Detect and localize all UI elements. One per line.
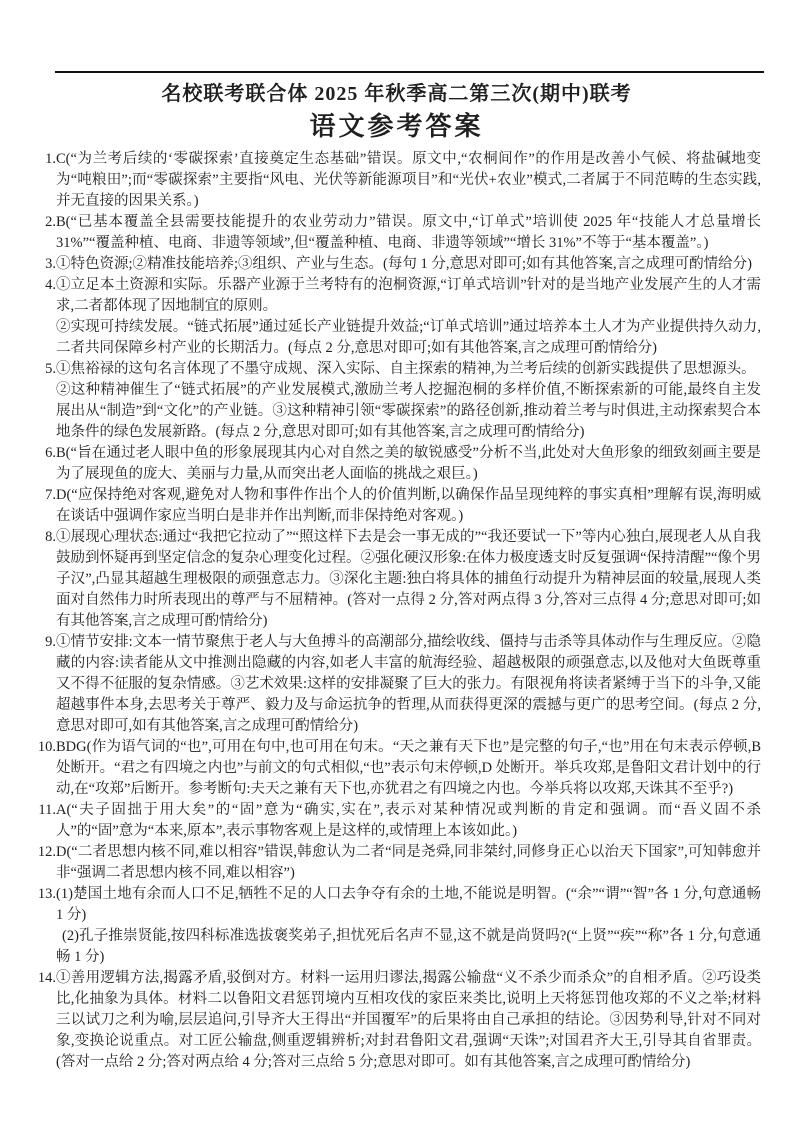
answer-paragraph: ①特色资源;②精准技能培养;③组织、产业与生态。(每句 1 分,意思对即可;如有… xyxy=(56,254,761,275)
answer-paragraph: ①情节安排:文本一情节聚焦于老人与大鱼搏斗的高潮部分,描绘收线、僵持与击杀等具体… xyxy=(56,632,761,737)
answer-text: ①展现心理状态:通过“我把它拉动了”“照这样下去是会一事无成的”“我还要试一下”… xyxy=(56,527,761,632)
answer-item: 6.B(“旨在通过老人眼中鱼的形象展现其内心对自然之美的敏锐感受”分析不当,此处… xyxy=(30,443,761,485)
answer-paragraph: ①展现心理状态:通过“我把它拉动了”“照这样下去是会一事无成的”“我还要试一下”… xyxy=(56,527,761,632)
answer-paragraph: ②实现可持续发展。“链式拓展”通过延长产业链提升效益;“订单式培训”通过培养本土… xyxy=(56,317,761,359)
answer-number: 13. xyxy=(30,884,56,905)
answer-item: 4.①立足本土资源和实际。乐器产业源于兰考特有的泡桐资源,“订单式培训”针对的是… xyxy=(30,275,761,359)
answer-paragraph: D(“应保持绝对客观,避免对人物和事件作出个人的价值判断,以确保作品呈现纯粹的事… xyxy=(56,485,761,527)
answer-number: 12. xyxy=(30,842,56,863)
answer-key-title: 语文参考答案 xyxy=(0,109,793,143)
answer-number: 4. xyxy=(30,275,56,296)
answer-text: BDG(作为语气词的“也”,可用在句中,也可用在句末。“天之兼有天下也”是完整的… xyxy=(56,737,761,800)
answer-item: 10.BDG(作为语气词的“也”,可用在句中,也可用在句末。“天之兼有天下也”是… xyxy=(30,737,761,800)
answer-text: B(“已基本覆盖全县需要技能提升的农业劳动力”错误。原文中,“订单式”培训使 2… xyxy=(56,212,761,254)
answer-number: 10. xyxy=(30,737,56,758)
answer-paragraph: BDG(作为语气词的“也”,可用在句中,也可用在句末。“天之兼有天下也”是完整的… xyxy=(56,737,761,800)
answer-text: ①焦裕禄的这句名言体现了不墨守成规、深入实际、自主探索的精神,为兰考后续的创新实… xyxy=(56,359,761,443)
answer-paragraph: ①善用逻辑方法,揭露矛盾,驳倒对方。材料一运用归谬法,揭露公输盘“义不杀少而杀众… xyxy=(56,968,761,1073)
answer-number: 9. xyxy=(30,632,56,653)
answer-text: ①特色资源;②精准技能培养;③组织、产业与生态。(每句 1 分,意思对即可;如有… xyxy=(56,254,761,275)
answer-paragraph: A(“夫子固拙于用大矣”的“固”意为“确实,实在”,表示对某种情况或判断的肯定和… xyxy=(56,800,761,842)
answer-text: ①立足本土资源和实际。乐器产业源于兰考特有的泡桐资源,“订单式培训”针对的是当地… xyxy=(56,275,761,359)
answer-item: 11.A(“夫子固拙于用大矣”的“固”意为“确实,实在”,表示对某种情况或判断的… xyxy=(30,800,761,842)
answer-item: 8.①展现心理状态:通过“我把它拉动了”“照这样下去是会一事无成的”“我还要试一… xyxy=(30,527,761,632)
answer-number: 1. xyxy=(30,149,56,170)
exam-title: 名校联考联合体 2025 年秋季高二第三次(期中)联考 xyxy=(0,80,793,108)
answer-text: C(“为兰考后续的‘零碳探索’直接奠定生态基础”错误。原文中,“农桐间作”的作用… xyxy=(56,149,761,212)
answer-number: 11. xyxy=(30,800,56,821)
answer-paragraph: (2)孔子推崇贤能,按四科标准选拔褒奖弟子,担忧死后名声不显,这不就是尚贤吗?(… xyxy=(56,926,761,968)
document-page: 名校联考联合体 2025 年秋季高二第三次(期中)联考 语文参考答案 1.C(“… xyxy=(0,0,793,1121)
answer-text: D(“二者思想内核不同,难以相容”错误,韩愈认为二者“同是尧舜,同非桀纣,同修身… xyxy=(56,842,761,884)
answer-text: ①情节安排:文本一情节聚焦于老人与大鱼搏斗的高潮部分,描绘收线、僵持与击杀等具体… xyxy=(56,632,761,737)
answer-item: 2.B(“已基本覆盖全县需要技能提升的农业劳动力”错误。原文中,“订单式”培训使… xyxy=(30,212,761,254)
answer-text: D(“应保持绝对客观,避免对人物和事件作出个人的价值判断,以确保作品呈现纯粹的事… xyxy=(56,485,761,527)
answer-paragraph: ②这种精神催生了“链式拓展”的产业发展模式,激励兰考人挖掘泡桐的多样价值,不断探… xyxy=(56,380,761,443)
answer-text: B(“旨在通过老人眼中鱼的形象展现其内心对自然之美的敏锐感受”分析不当,此处对大… xyxy=(56,443,761,485)
answer-item: 1.C(“为兰考后续的‘零碳探索’直接奠定生态基础”错误。原文中,“农桐间作”的… xyxy=(30,149,761,212)
answer-number: 7. xyxy=(30,485,56,506)
answer-number: 5. xyxy=(30,359,56,380)
answer-list: 1.C(“为兰考后续的‘零碳探索’直接奠定生态基础”错误。原文中,“农桐间作”的… xyxy=(30,149,761,1073)
answer-paragraph: D(“二者思想内核不同,难以相容”错误,韩愈认为二者“同是尧舜,同非桀纣,同修身… xyxy=(56,842,761,884)
answer-text: ①善用逻辑方法,揭露矛盾,驳倒对方。材料一运用归谬法,揭露公输盘“义不杀少而杀众… xyxy=(56,968,761,1073)
answer-text: (1)楚国土地有余而人口不足,牺牲不足的人口去争夺有余的土地,不能说是明智。(“… xyxy=(56,884,761,968)
answer-item: 5.①焦裕禄的这句名言体现了不墨守成规、深入实际、自主探索的精神,为兰考后续的创… xyxy=(30,359,761,443)
answer-item: 3.①特色资源;②精准技能培养;③组织、产业与生态。(每句 1 分,意思对即可;… xyxy=(30,254,761,275)
answer-paragraph: (1)楚国土地有余而人口不足,牺牲不足的人口去争夺有余的土地,不能说是明智。(“… xyxy=(56,884,761,926)
answer-text: A(“夫子固拙于用大矣”的“固”意为“确实,实在”,表示对某种情况或判断的肯定和… xyxy=(56,800,761,842)
answer-number: 14. xyxy=(30,968,56,989)
answer-paragraph: B(“旨在通过老人眼中鱼的形象展现其内心对自然之美的敏锐感受”分析不当,此处对大… xyxy=(56,443,761,485)
answer-item: 7.D(“应保持绝对客观,避免对人物和事件作出个人的价值判断,以确保作品呈现纯粹… xyxy=(30,485,761,527)
answer-item: 12.D(“二者思想内核不同,难以相容”错误,韩愈认为二者“同是尧舜,同非桀纣,… xyxy=(30,842,761,884)
answer-paragraph: B(“已基本覆盖全县需要技能提升的农业劳动力”错误。原文中,“订单式”培训使 2… xyxy=(56,212,761,254)
answer-paragraph: ①立足本土资源和实际。乐器产业源于兰考特有的泡桐资源,“订单式培训”针对的是当地… xyxy=(56,275,761,317)
answer-item: 13.(1)楚国土地有余而人口不足,牺牲不足的人口去争夺有余的土地,不能说是明智… xyxy=(30,884,761,968)
header-rule xyxy=(55,71,764,73)
answer-number: 3. xyxy=(30,254,56,275)
answer-item: 9.①情节安排:文本一情节聚焦于老人与大鱼搏斗的高潮部分,描绘收线、僵持与击杀等… xyxy=(30,632,761,737)
answer-number: 2. xyxy=(30,212,56,233)
answer-number: 6. xyxy=(30,443,56,464)
answer-paragraph: C(“为兰考后续的‘零碳探索’直接奠定生态基础”错误。原文中,“农桐间作”的作用… xyxy=(56,149,761,212)
answer-paragraph: ①焦裕禄的这句名言体现了不墨守成规、深入实际、自主探索的精神,为兰考后续的创新实… xyxy=(56,359,761,380)
answer-item: 14.①善用逻辑方法,揭露矛盾,驳倒对方。材料一运用归谬法,揭露公输盘“义不杀少… xyxy=(30,968,761,1073)
answer-number: 8. xyxy=(30,527,56,548)
